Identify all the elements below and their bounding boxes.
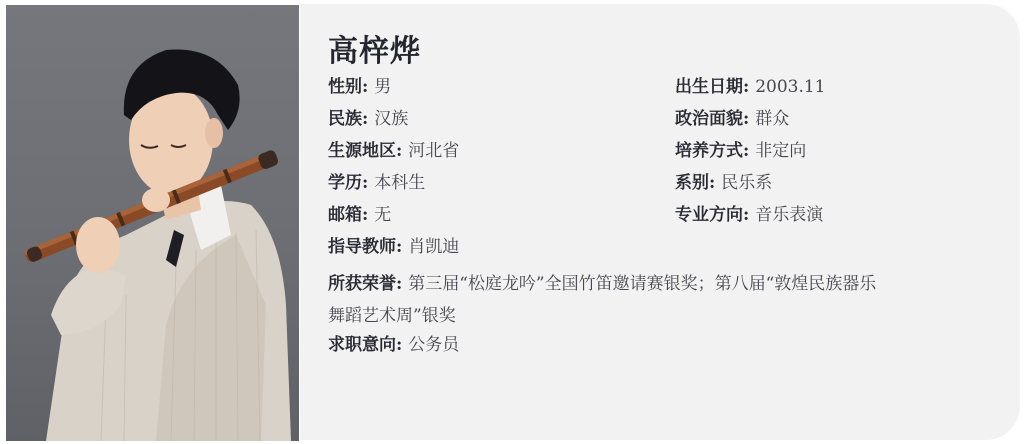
field-separator: : <box>743 77 755 97</box>
field-value: 汉族 <box>374 109 408 129</box>
field-separator: : <box>396 141 408 161</box>
field-value: 群众 <box>755 109 789 129</box>
field-major: 专业方向: 音乐表演 <box>675 204 823 226</box>
field-separator: : <box>362 109 374 129</box>
field-separator: : <box>709 173 721 193</box>
field-separator: : <box>362 173 374 193</box>
field-label: 性别 <box>328 77 362 97</box>
field-label: 指导教师 <box>328 237 396 257</box>
field-value: 肖凯迪 <box>408 237 459 257</box>
field-label: 生源地区 <box>328 141 396 161</box>
field-education: 学历: 本科生 <box>328 172 425 194</box>
field-label: 所获荣誉 <box>328 274 396 294</box>
field-label: 求职意向 <box>328 335 396 355</box>
student-name: 高梓烨 <box>328 26 421 70</box>
field-advisor: 指导教师: 肖凯迪 <box>328 236 459 258</box>
field-label: 学历 <box>328 173 362 193</box>
field-value: 本科生 <box>374 173 425 193</box>
field-value: 男 <box>374 77 391 97</box>
field-email: 邮箱: 无 <box>328 204 391 226</box>
field-separator: : <box>743 141 755 161</box>
field-separator: : <box>362 77 374 97</box>
field-department: 系别: 民乐系 <box>675 172 772 194</box>
field-label: 民族 <box>328 109 362 129</box>
field-value: 音乐表演 <box>755 205 823 225</box>
field-label: 邮箱 <box>328 205 362 225</box>
field-gender: 性别: 男 <box>328 76 391 98</box>
field-separator: : <box>396 335 408 355</box>
field-honors: 所获荣誉: 第三届“松庭龙吟”全国竹笛邀请赛银奖；第八届“敦煌民族器乐舞蹈艺术周… <box>328 268 888 332</box>
portrait-illustration <box>6 5 299 441</box>
field-training-mode: 培养方式: 非定向 <box>675 140 806 162</box>
field-separator: : <box>362 205 374 225</box>
profile-photo <box>6 5 299 441</box>
field-separator: : <box>743 205 755 225</box>
field-origin-region: 生源地区: 河北省 <box>328 140 459 162</box>
field-label: 培养方式 <box>675 141 743 161</box>
field-label: 系别 <box>675 173 709 193</box>
field-separator: : <box>396 237 408 257</box>
field-value: 民乐系 <box>721 173 772 193</box>
field-value: 2003.11 <box>755 77 825 97</box>
field-career-intention: 求职意向: 公务员 <box>328 334 459 356</box>
field-separator: : <box>743 109 755 129</box>
field-ethnicity: 民族: 汉族 <box>328 108 408 130</box>
field-label: 专业方向 <box>675 205 743 225</box>
field-political-status: 政治面貌: 群众 <box>675 108 789 130</box>
field-label: 政治面貌 <box>675 109 743 129</box>
field-value: 第三届“松庭龙吟”全国竹笛邀请赛银奖；第八届“敦煌民族器乐舞蹈艺术周”银奖 <box>328 274 876 326</box>
field-label: 出生日期 <box>675 77 743 97</box>
field-value: 无 <box>374 205 391 225</box>
field-value: 非定向 <box>755 141 806 161</box>
field-value: 河北省 <box>408 141 459 161</box>
field-birth-date: 出生日期: 2003.11 <box>675 76 826 98</box>
field-value: 公务员 <box>408 335 459 355</box>
field-separator: : <box>396 274 408 294</box>
